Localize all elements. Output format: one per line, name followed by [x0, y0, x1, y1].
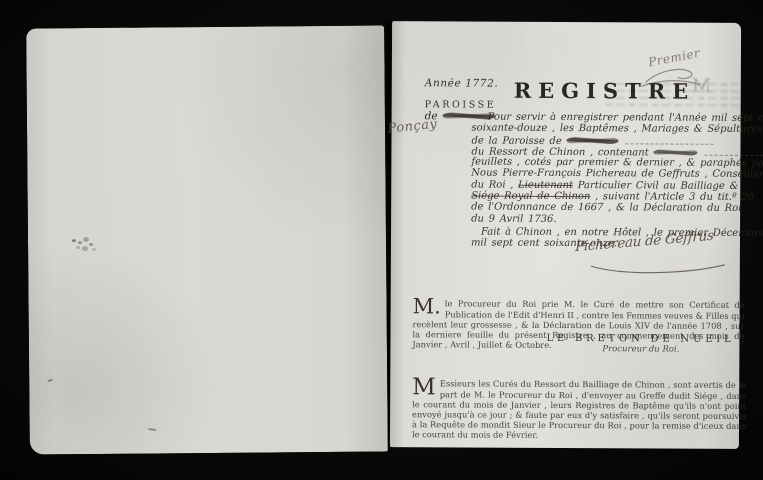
crossed-out-scribble	[567, 136, 619, 145]
parish-prefix: de	[425, 110, 438, 122]
closing-line: Fait à Chinon , en notre Hôtel , le prem…	[471, 226, 743, 239]
ink-smudge	[72, 239, 76, 242]
body-line: de la Paroisse de	[471, 134, 743, 147]
crossed-out-scribble	[654, 148, 698, 156]
procureur-notice: M.le Procureur du Roi prie M. le Curé de…	[412, 298, 744, 351]
body-line: du Ressort de Chinon , contenant	[471, 145, 743, 158]
cures-notice: MEssieurs les Curés du Ressort du Bailli…	[412, 378, 746, 441]
bleed-through-text	[606, 82, 740, 135]
procureur-signoff-title: Procureur du Roi.	[602, 344, 679, 354]
paroisse-heading: PAROISSE	[425, 99, 497, 110]
body-line: Siége Royal de Chinon , suivant l'Articl…	[471, 191, 743, 204]
body-line: Nous Pierre-François Pichereau de Geffru…	[471, 168, 743, 181]
left-page	[26, 25, 388, 454]
body-line: Pour servir à enregistrer pendant l'Anné…	[472, 112, 744, 125]
ink-speck	[47, 379, 53, 383]
body-line: du 9 Avril 1736.	[471, 213, 743, 226]
scanned-register-spread: M Premier Année 1772. REGISTRE PAROISSE …	[0, 0, 763, 480]
body-line: feuillets , cotés par premier & dernier …	[471, 157, 743, 170]
register-body: Pour servir à enregistrer pendant l'Anné…	[471, 112, 744, 251]
signature-flourish	[589, 260, 729, 279]
body-line: du Roi , Lieutenant Particulier Civil au…	[471, 179, 743, 192]
drop-cap: M	[412, 378, 436, 396]
crossed-out-scribble	[443, 111, 495, 120]
body-line: soixante-douze , les Baptêmes , Mariages…	[472, 123, 744, 136]
official-signature: Pichereau de Geffrus	[575, 228, 714, 256]
body-line: de l'Ordonnance de 1667 , & la Déclarati…	[471, 202, 743, 215]
struck-text: Siége Royal de Chinon	[471, 191, 590, 203]
bleed-through-initial: M	[692, 75, 712, 97]
corner-annotation: Premier	[647, 46, 701, 69]
corner-flourish	[640, 62, 706, 92]
ink-speck	[148, 428, 157, 431]
right-page: M Premier Année 1772. REGISTRE PAROISSE …	[390, 21, 741, 449]
struck-text: Lieutenant	[518, 180, 573, 191]
fill-in-rule	[626, 135, 714, 144]
parish-line: de	[425, 110, 497, 122]
register-title: REGISTRE	[514, 78, 696, 104]
year-label: Année 1772.	[425, 77, 499, 89]
drop-cap: M.	[413, 298, 441, 315]
parish-handwritten: Ponçay	[387, 117, 438, 137]
closing-line: mil sept cent soixante-onze.	[471, 238, 743, 251]
procureur-signoff-name: LE BRETON DE NUEIL ,	[546, 333, 748, 345]
fill-in-rule	[705, 147, 763, 156]
